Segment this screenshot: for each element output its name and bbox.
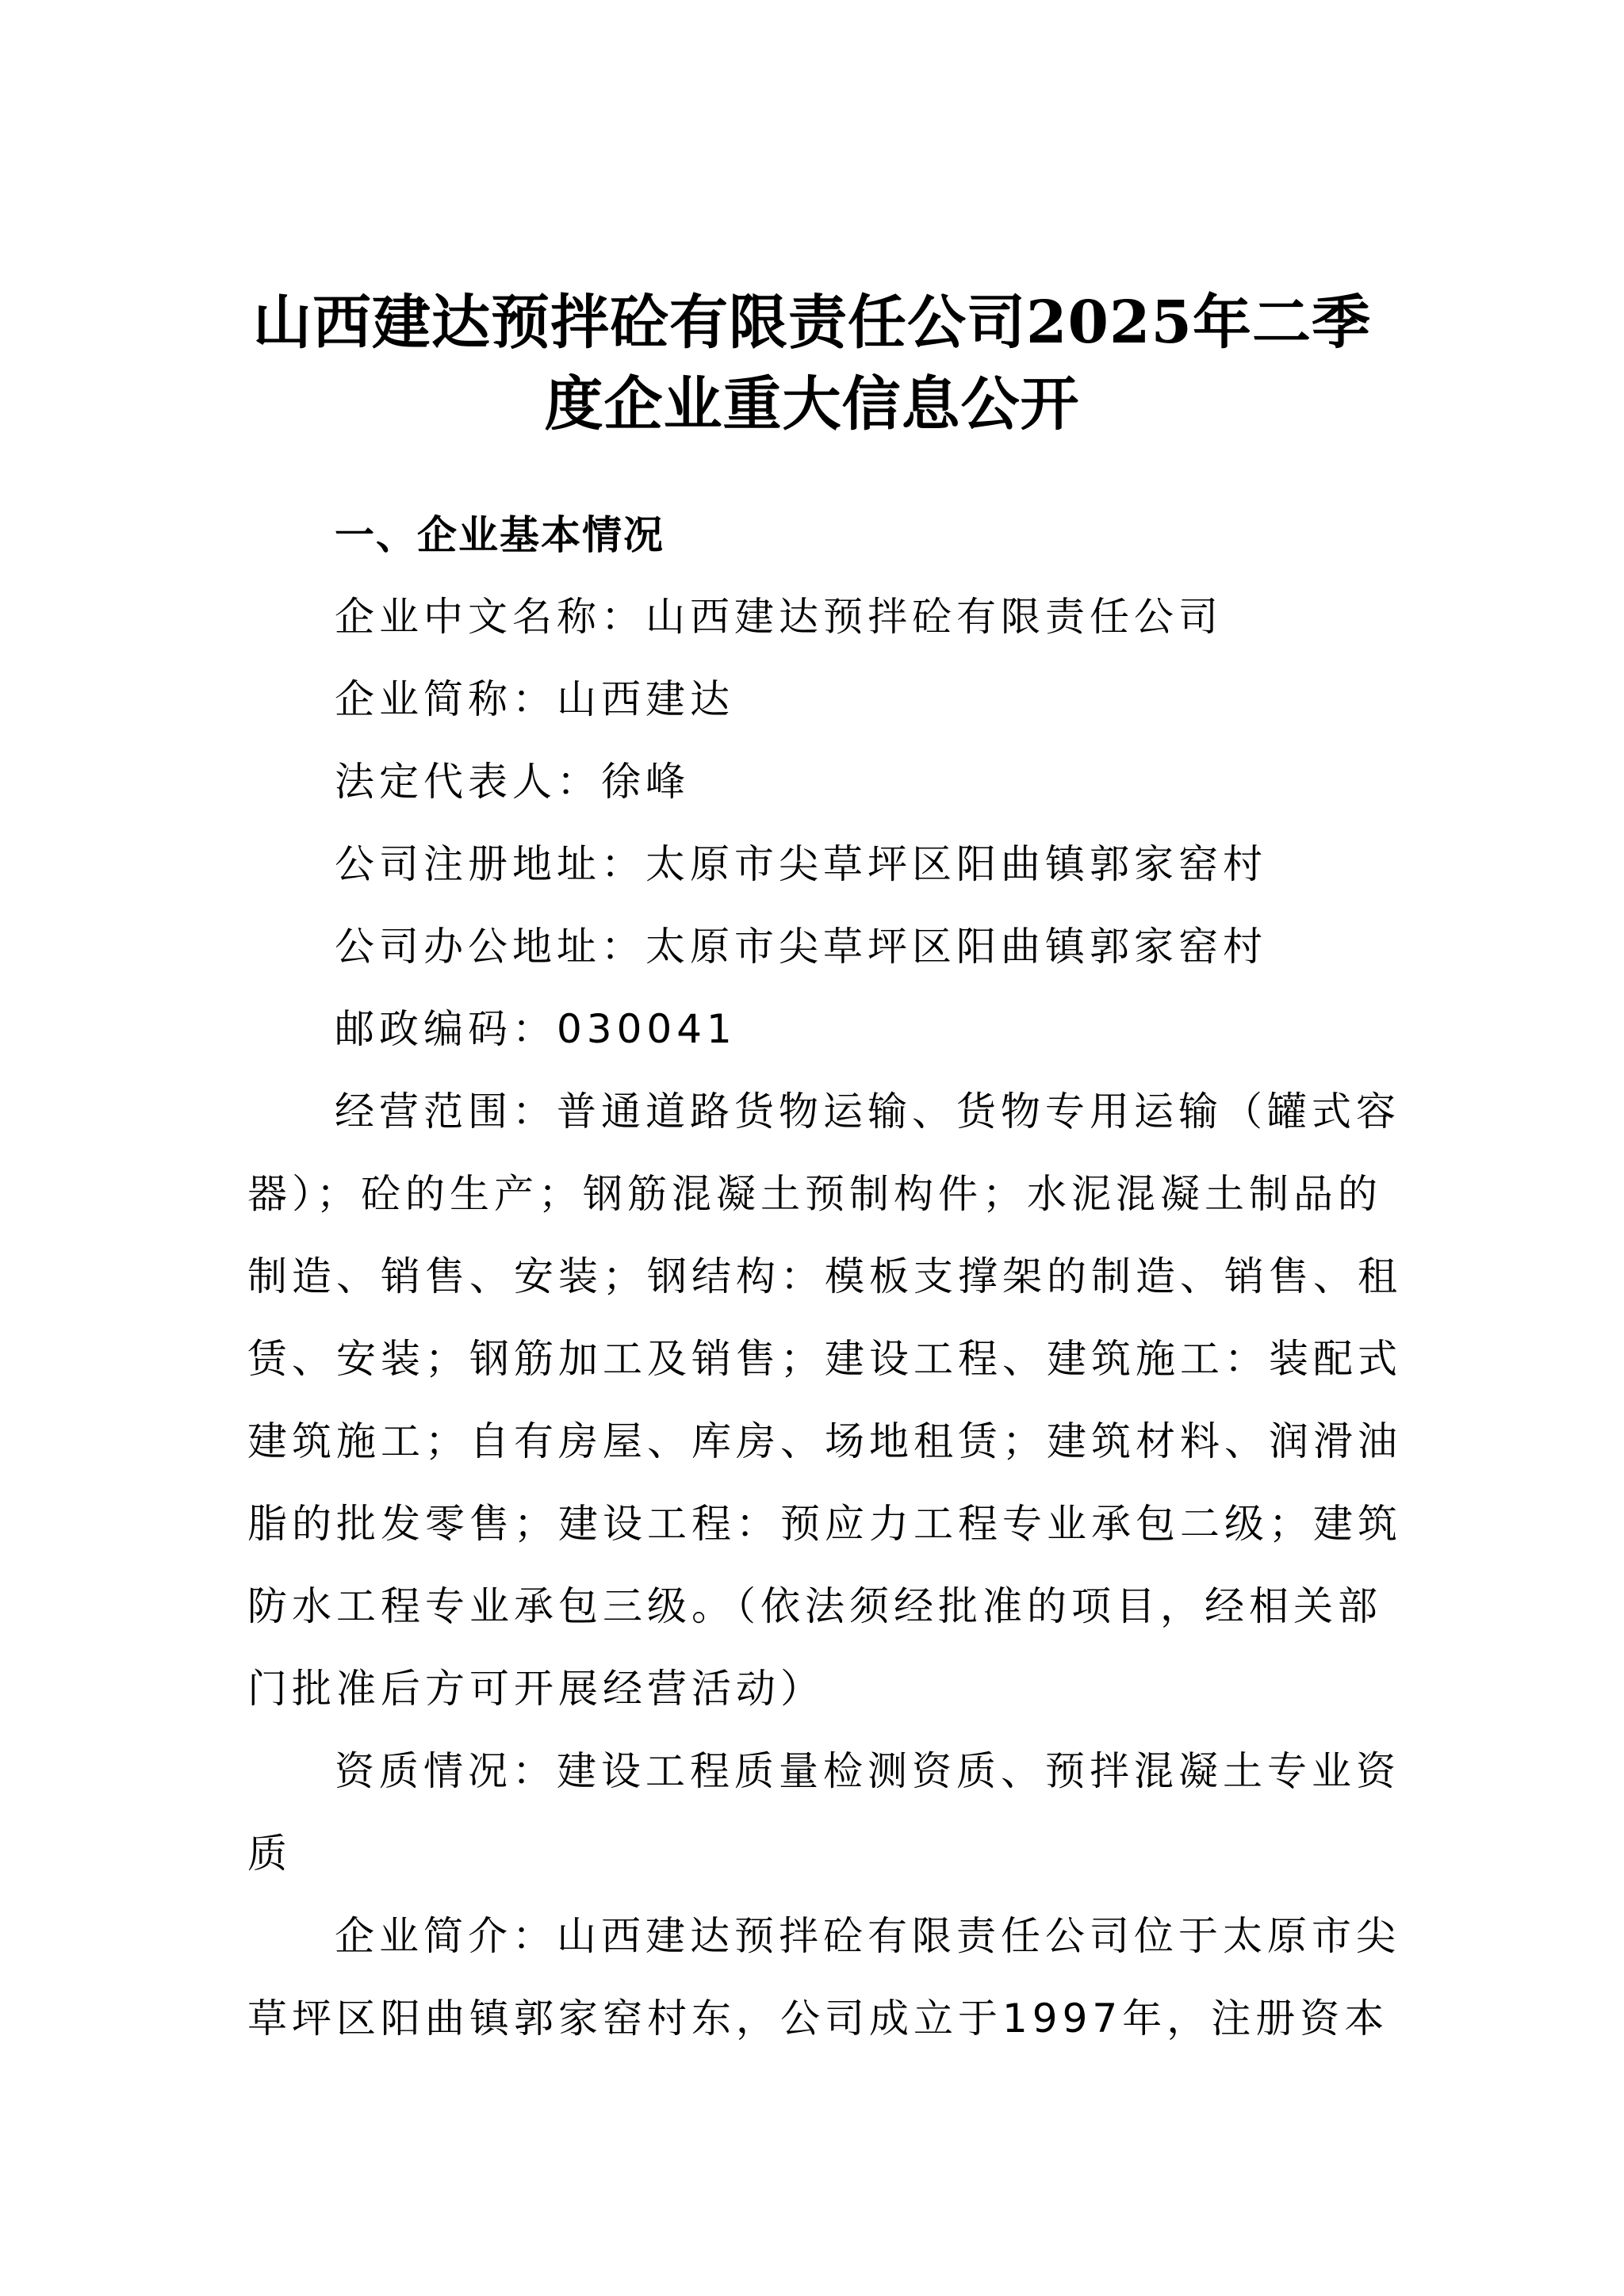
field-chinese-name: 企业中文名称：山西建达预拌砼有限责任公司 [335,593,1381,641]
field-postal-code: 邮政编码：030041 [335,1005,1381,1053]
business-scope-line: 经营范围：普通道路货物运输、货物专用运输（罐式容 [335,1088,1381,1135]
business-scope-line: 制造、销售、安装；钢结构：模板支撑架的制造、销售、租 [247,1253,1381,1300]
field-registered-address: 公司注册地址：太原市尖草坪区阳曲镇郭家窑村 [335,840,1381,888]
business-scope-line: 防水工程专业承包三级。（依法须经批准的项目，经相关部 [247,1582,1381,1630]
business-scope-line: 器）；砼的生产；钢筋混凝土预制构件；水泥混凝土制品的 [247,1170,1381,1218]
document-title-line-2: 度企业重大信息公开 [238,363,1386,446]
business-scope-line: 建筑施工；自有房屋、库房、场地租赁；建筑材料、润滑油 [247,1418,1381,1465]
business-scope-line: 门批准后方可开展经营活动） [247,1665,1381,1712]
business-scope-line: 赁、安装；钢筋加工及销售；建设工程、建筑施工：装配式 [247,1335,1381,1383]
document-title-line-1: 山西建达预拌砼有限责任公司2025年二季 [238,281,1386,364]
field-office-address: 公司办公地址：太原市尖草坪区阳曲镇郭家窑村 [335,923,1381,970]
qualification-line: 质 [247,1830,1381,1877]
qualification-line: 资质情况：建设工程质量检测资质、预拌混凝土专业资 [335,1747,1381,1795]
profile-line: 企业简介：山西建达预拌砼有限责任公司位于太原市尖 [335,1912,1381,1960]
profile-line: 草坪区阳曲镇郭家窑村东，公司成立于1997年，注册资本 [247,1995,1381,2042]
document-page: 山西建达预拌砼有限责任公司2025年二季 度企业重大信息公开 一、企业基本情况 … [0,0,1624,2296]
business-scope-line: 脂的批发零售；建设工程：预应力工程专业承包二级；建筑 [247,1500,1381,1548]
field-legal-representative: 法定代表人：徐峰 [335,758,1381,806]
section-heading-basic-info: 一、企业基本情况 [335,511,1381,559]
field-short-name: 企业简称：山西建达 [335,675,1381,723]
